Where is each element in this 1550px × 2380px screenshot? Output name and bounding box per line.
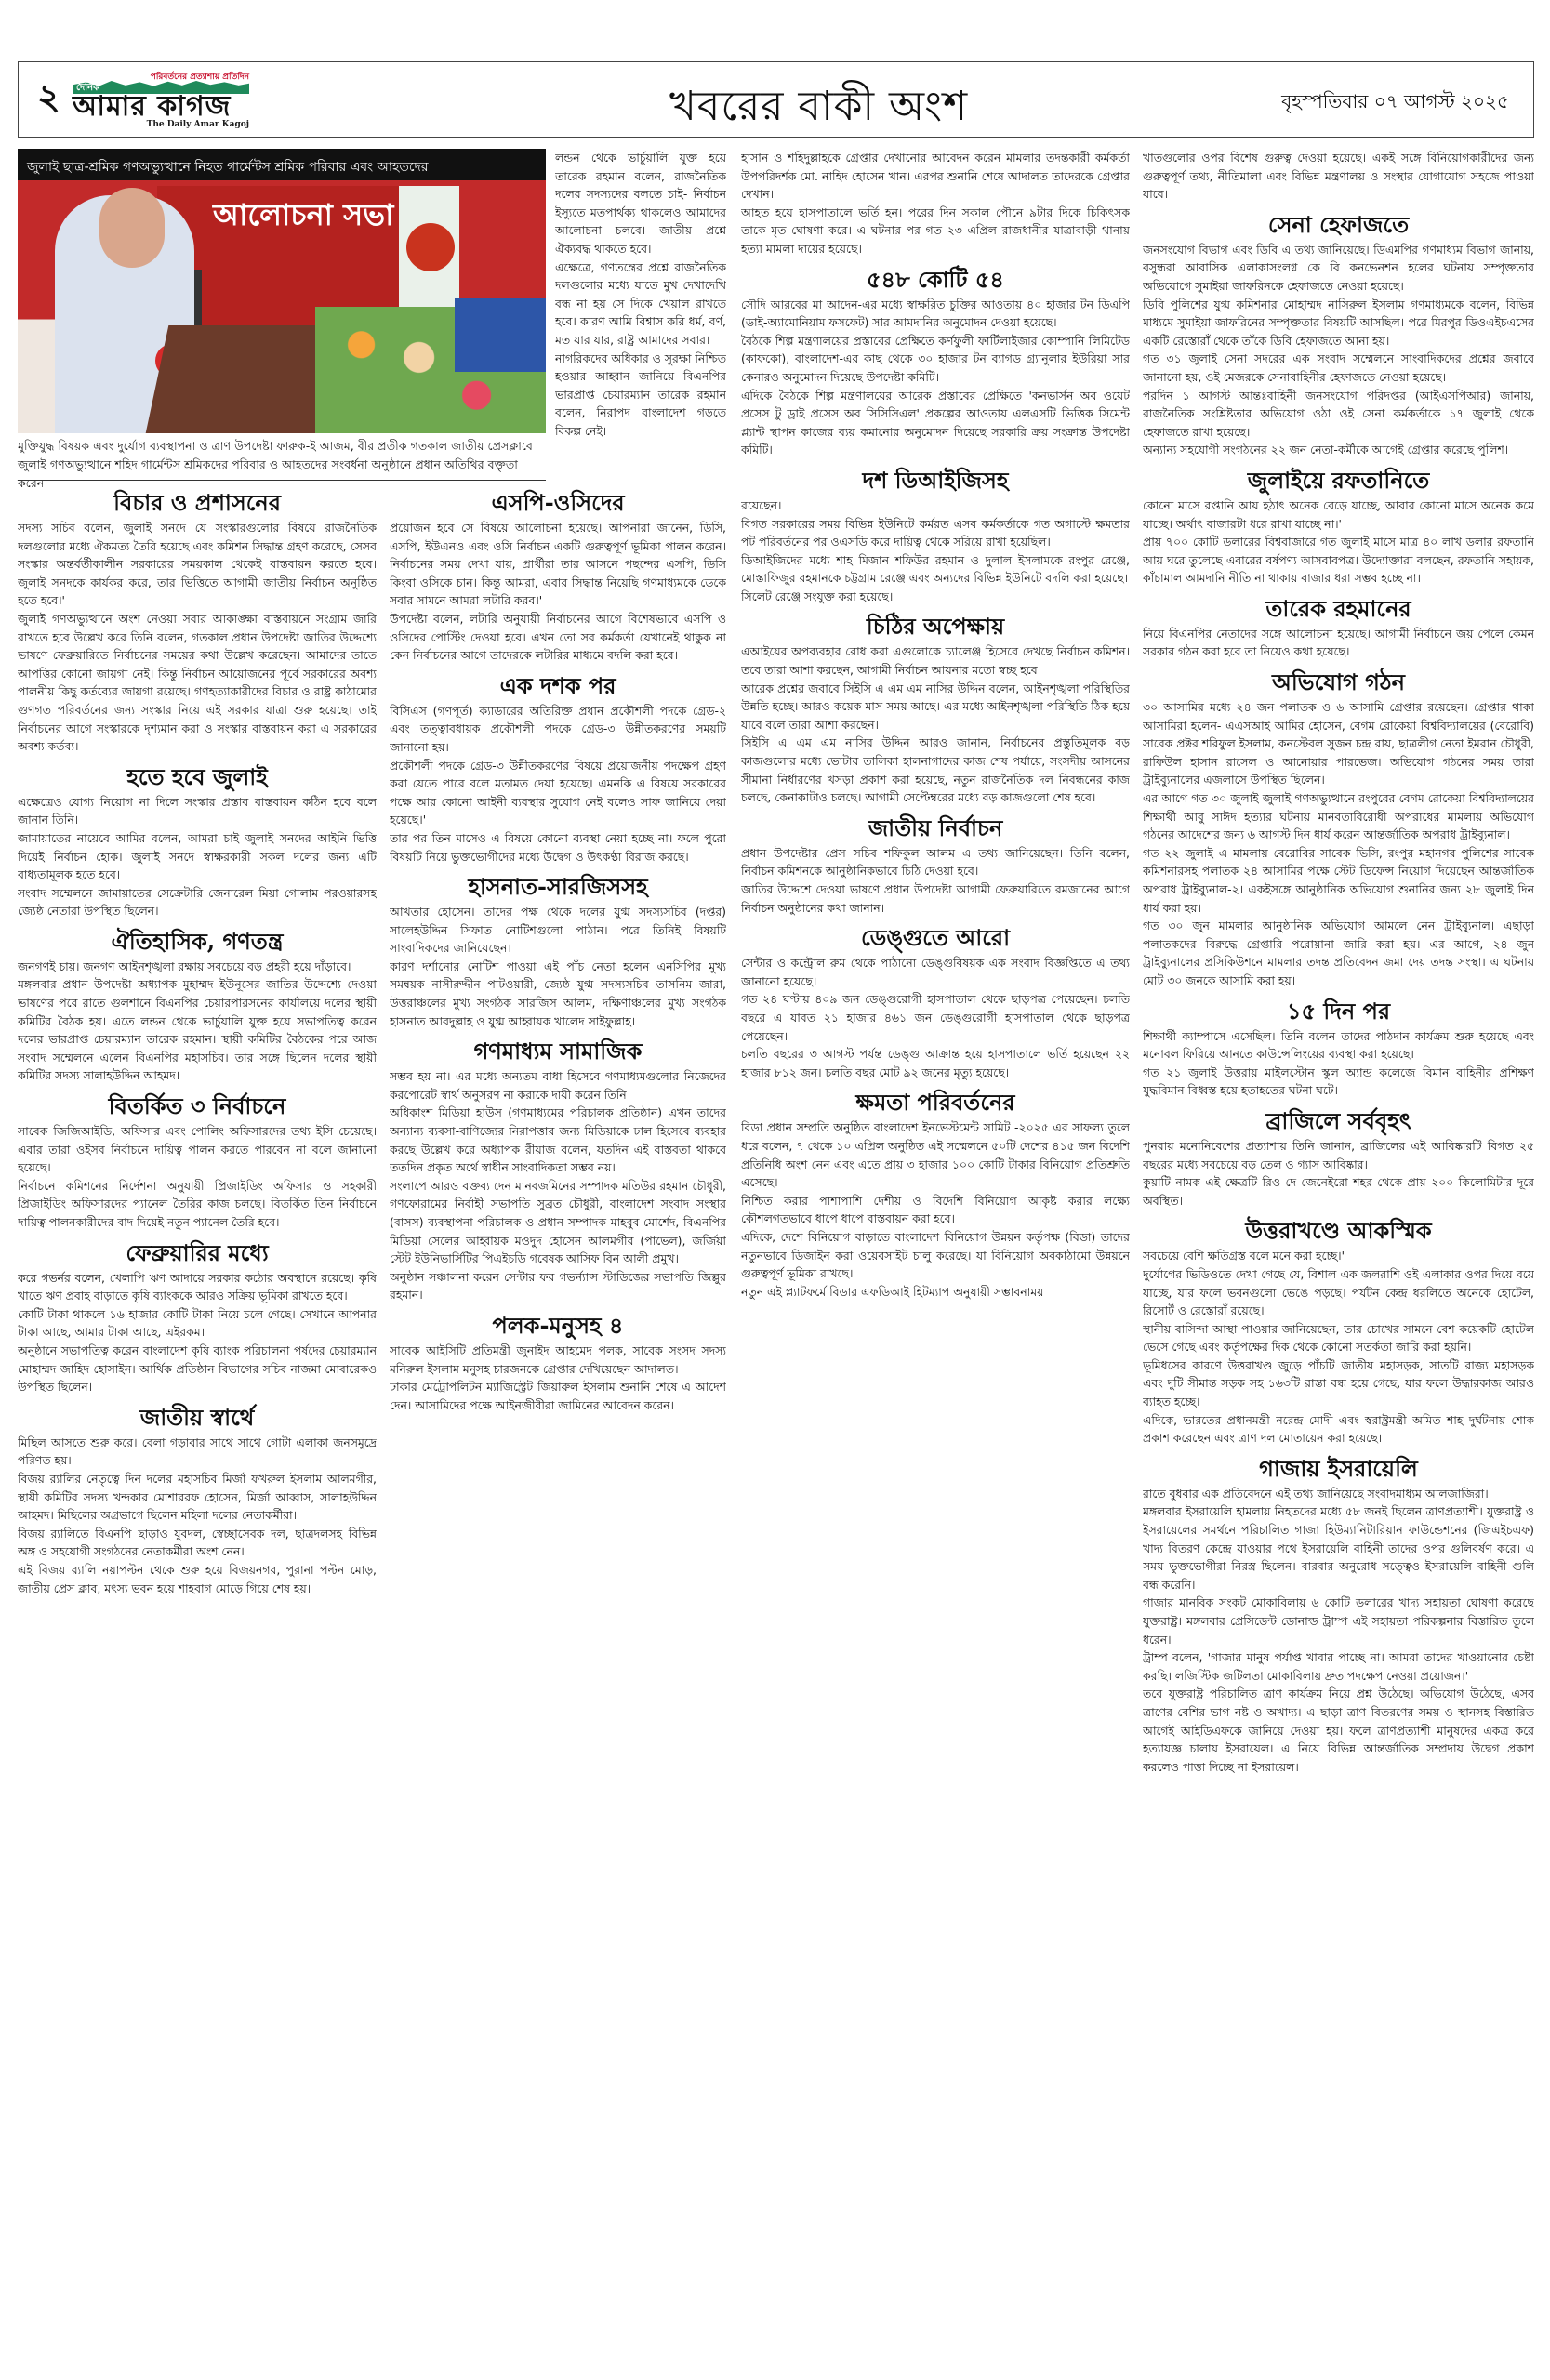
paragraph: সৌদি আরবের মা আদেন-এর মধ্যে স্বাক্ষরিত চ…	[741, 296, 1130, 332]
story-headline[interactable]: অভিযোগ গঠন	[1143, 667, 1534, 698]
story-headline[interactable]: তারেক রহমানের	[1143, 593, 1534, 625]
paragraph: গত ২১ জুলাই উত্তরায় মাইলস্টোন স্কুল অ্য…	[1143, 1064, 1534, 1100]
story-548-crore: ৫৪৮ কোটি ৫৪ সৌদি আরবের মা আদেন-এর মধ্যে …	[741, 264, 1130, 459]
paragraph: কারণ দর্শানোর নোটিশ পাওয়া এই পাঁচ নেতা …	[390, 958, 726, 1030]
story-headline[interactable]: ডেঙ্গুতে আরো	[741, 922, 1130, 954]
paragraph: জাতির উদ্দেশে দেওয়া ভাষণে প্রধান উপদেষ্…	[741, 880, 1130, 917]
section-title: খবরের বাকী অংশ	[669, 75, 968, 143]
paragraph: সংলাপে আরও বক্তব্য দেন মানবজমিনের সম্পাদ…	[390, 1177, 726, 1268]
story-army-custody: সেনা হেফাজতে জনসংযোগ বিভাগ এবং ডিবি এ তথ…	[1143, 209, 1534, 459]
paragraph: পুনরায় মনোনিবেশের প্রত্যাশায় তিনি জানা…	[1143, 1137, 1534, 1173]
paragraph: কোটি টাকা থাকলে ১৬ হাজার কোটি টাকা নিয়ে…	[18, 1305, 377, 1342]
paragraph: সদস্য সচিব বলেন, জুলাই সনদে যে সংস্কারগু…	[18, 519, 377, 610]
paragraph: প্রয়োজন হবে সে বিষয়ে আলোচনা হয়েছে। আপ…	[390, 519, 726, 610]
paragraph: অনুষ্ঠানে সভাপতিত্ব করেন বাংলাদেশ কৃষি ব…	[18, 1342, 377, 1396]
paragraph: বিজয় র‌্যালিতে বিএনপি ছাড়াও যুবদল, স্ব…	[18, 1525, 377, 1561]
story-july: হতে হবে জুলাই এক্ষেত্রেও যোগ্য নিয়োগ না…	[18, 761, 377, 920]
paragraph: এই বিজয় র‌্যালি নয়াপল্টন থেকে শুরু হয়…	[18, 1561, 377, 1597]
paragraph: হাসান ও শহিদুল্লাহকে গ্রেপ্তার দেখানোর আ…	[741, 149, 1130, 204]
paragraph: সেন্টার ও কন্ট্রোল রুম থেকে পাঠানো ডেঙ্গ…	[741, 954, 1130, 990]
story-headline[interactable]: জাতীয় নির্বাচন	[741, 813, 1130, 844]
story-headline[interactable]: হতে হবে জুলাই	[18, 761, 377, 793]
paragraph: গত ২২ জুলাই এ মামলায় বেরোবির সাবেক ভিসি…	[1143, 844, 1534, 917]
paragraph: জামায়াতের নায়েবে আমির বলেন, আমরা চাই জ…	[18, 829, 377, 884]
story-decade: এক দশক পর বিসিএস (গণপূর্ত) ক্যাডারের অতি…	[390, 670, 726, 866]
newspaper-logo: পরিবর্তনের প্রত্যাশায় প্রতিদিন দৈনিক আম…	[73, 70, 249, 129]
paragraph: জনসংযোগ বিভাগ এবং ডিবি এ তথ্য জানিয়েছে।…	[1143, 241, 1534, 296]
paragraph: মিছিল আসতে শুরু করে। বেলা গড়াবার সাথে স…	[18, 1434, 377, 1470]
column-1: বিচার ও প্রশাসনের সদস্য সচিব বলেন, জুলাই…	[18, 485, 377, 2354]
story-headline[interactable]: ১৫ দিন পর	[1143, 996, 1534, 1027]
paragraph: প্রায় ৭০০ কোটি ডলারের বিশ্ববাজারে গত জু…	[1143, 533, 1534, 588]
story-headline[interactable]: সেনা হেফাজতে	[1143, 209, 1534, 241]
paragraph: গত ৩১ জুলাই সেনা সদরের এক সংবাদ সম্মেলনে…	[1143, 350, 1534, 386]
story-headline[interactable]: এক দশক পর	[390, 670, 726, 702]
story-national-election: জাতীয় নির্বাচন প্রধান উপদেষ্টার প্রেস স…	[741, 813, 1130, 917]
paragraph: নির্বাচনে কমিশনের নির্দেশনা অনুযায়ী প্র…	[18, 1177, 377, 1232]
paragraph: বিডা প্রধান সম্প্রতি অনুষ্ঠিত বাংলাদেশ ই…	[741, 1118, 1130, 1191]
paragraph: সাবেক আইসিটি প্রতিমন্ত্রী জুনাইদ আহমেদ প…	[390, 1342, 726, 1378]
photo-banner: জুলাই ছাত্র-শ্রমিক গণঅভ্যুত্থানে নিহত গা…	[18, 149, 546, 180]
story-headline[interactable]: ঐতিহাসিক, গণতন্ত্র	[18, 926, 377, 958]
story-headline[interactable]: ব্রাজিলে সর্ববৃহৎ	[1143, 1105, 1534, 1137]
paragraph: সিইসি এ এম এম নাসির উদ্দিন আরও জানান, নি…	[741, 734, 1130, 806]
paragraph: করে গভর্নর বলেন, খেলাপি ঋণ আদায়ে সরকার …	[18, 1269, 377, 1305]
paragraph: উপদেষ্টা বলেন, লটারি অনুযায়ী নির্বাচনের…	[390, 610, 726, 665]
story-ten-dig: দশ ডিআইজিসহ রয়েছেন। বিগত সরকারের সময় ব…	[741, 465, 1130, 606]
paragraph: তবে যুক্তরাষ্ট্র পরিচালিত ত্রাণ কার্যক্র…	[1143, 1685, 1534, 1776]
paragraph: অধিকাংশ মিডিয়া হাউস (গণমাধ্যমের পরিচালক…	[390, 1104, 726, 1176]
paragraph: বৈঠকে শিল্প মন্ত্রণালয়ের প্রস্তাবের প্র…	[741, 332, 1130, 387]
story-media-social: গণমাধ্যম সামাজিক সম্ভব হয় না। এর মধ্যে …	[390, 1036, 726, 1304]
story-bichar: বিচার ও প্রশাসনের সদস্য সচিব বলেন, জুলাই…	[18, 487, 377, 756]
photo-caption: মুক্তিযুদ্ধ বিষয়ক এবং দুর্যোগ ব্যবস্থাপ…	[18, 437, 546, 493]
paragraph: এদিকে, ভারতের প্রধানমন্ত্রী নরেন্দ্র মোদ…	[1143, 1411, 1534, 1448]
story-headline[interactable]: ৫৪৮ কোটি ৫৪	[741, 264, 1130, 296]
paragraph: এর আগে গত ৩০ জুলাই জুলাই গণঅভ্যুত্থানে র…	[1143, 789, 1534, 844]
paragraph: দুর্যোগের ভিডিওতে দেখা গেছে যে, বিশাল এক…	[1143, 1265, 1534, 1320]
paragraph: ট্রাম্প বলেন, 'গাজার মানুষ পর্যাপ্ত খাবা…	[1143, 1648, 1534, 1685]
story-headline[interactable]: ফেব্রুয়ারির মধ্যে	[18, 1237, 377, 1269]
paragraph: আহত হয়ে হাসপাতালে ভর্তি হন। পরের দিন সক…	[741, 204, 1130, 258]
paragraph: অনুষ্ঠান সঞ্চালনা করেন সেন্টার ফর গভর্ন্…	[390, 1268, 726, 1304]
paragraph: প্রকৌশলী পদকে গ্রেড-৩ উন্নীতকরণের বিষয়ে…	[390, 757, 726, 829]
paragraph: এদিকে, দেশে বিনিয়োগ বাড়াতে বাংলাদেশ বি…	[741, 1228, 1130, 1283]
story-headline[interactable]: পলক-মনুসহ ৪	[390, 1310, 726, 1342]
paragraph: গত ৩০ জুন মামলার আনুষ্ঠানিক অভিযোগ আমলে …	[1143, 917, 1534, 989]
paragraph: রাতে বুধবার এক প্রতিবেদনে এই তথ্য জানিয়…	[1143, 1485, 1534, 1503]
paragraph: এক্ষেত্রেও যোগ্য নিয়োগ না দিলে সংস্কার …	[18, 793, 377, 829]
paragraph: ডিবি পুলিশের যুগ্ম কমিশনার মোহাম্মদ নাসি…	[1143, 296, 1534, 350]
story-uttarakhand: উত্তরাখণ্ডে আকস্মিক সবচেয়ে বেশি ক্ষতিগ্…	[1143, 1215, 1534, 1448]
paragraph: ঢাকার মেট্রোপলিটন ম্যাজিস্ট্রেট জিয়ারুল…	[390, 1378, 726, 1414]
paragraph: নিশ্চিত করার পাশাপাশি দেশীয় ও বিদেশি বি…	[741, 1192, 1130, 1228]
paragraph: ৩০ আসামির মধ্যে ২৪ জন পলাতক ও ৬ আসামি গ্…	[1143, 698, 1534, 789]
paragraph: রয়েছেন।	[741, 496, 1130, 515]
story-february: ফেব্রুয়ারির মধ্যে করে গভর্নর বলেন, খেলা…	[18, 1237, 377, 1396]
story-continued-top: খাতগুলোর ওপর বিশেষ গুরুত্ব দেওয়া হয়েছে…	[1143, 149, 1534, 204]
paragraph: ডিআইজিদের মধ্যে শাহ মিজান শফিউর রহমান ও …	[741, 551, 1130, 588]
paragraph: জনগণই চায়। জনগণ আইনশৃঙ্খলা রক্ষায় সবচে…	[18, 958, 377, 976]
paragraph: খাতগুলোর ওপর বিশেষ গুরুত্ব দেওয়া হয়েছে…	[1143, 149, 1534, 204]
paragraph: এক্ষেত্রে, গণতন্ত্রের প্রশ্নে রাজনৈতিক দ…	[555, 258, 726, 350]
story-dengue: ডেঙ্গুতে আরো সেন্টার ও কন্ট্রোল রুম থেকে…	[741, 922, 1130, 1081]
column-beside-photo: লন্ডন থেকে ভার্চুয়ালি যুক্ত হয়ে তারেক …	[555, 149, 726, 441]
story-tarique-rahman: তারেক রহমানের নিয়ে বিএনপির নেতাদের সঙ্গ…	[1143, 593, 1534, 661]
paragraph: ভূমিধসের কারণে উত্তরাখণ্ড জুড়ে পাঁচটি জ…	[1143, 1356, 1534, 1411]
paragraph: আরেক প্রশ্নের জবাবে সিইসি এ এম এম নাসির …	[741, 680, 1130, 734]
paragraph: জুলাই গণঅভ্যুত্থানে অংশ নেওয়া সবার আকাঙ…	[18, 610, 377, 756]
paragraph: শিক্ষার্থী ক্যাম্পাসে এসেছিল। তিনি বলেন …	[1143, 1027, 1534, 1064]
story-controversial-elections: বিতর্কিত ৩ নির্বাচনে সাবেক জিজিআইডি, অফি…	[18, 1091, 377, 1232]
paragraph: গাজার মানবিক সংকট মোকাবিলায় ৬ কোটি ডলার…	[1143, 1593, 1534, 1648]
logo-name: আমার কাগজ	[73, 92, 232, 122]
logo-tagline: পরিবর্তনের প্রত্যাশায় প্রতিদিন	[151, 70, 249, 84]
paragraph: কুয়াটি নামক এই ক্ষেত্রটি রিও দে জেনেইরো…	[1143, 1173, 1534, 1210]
paragraph: সংবাদ সম্মেলনে জামায়াতের সেক্রেটারি জেন…	[18, 884, 377, 920]
paragraph: নাগরিকদের অধিকার ও সুরক্ষা নিশ্চিত হওয়া…	[555, 350, 726, 441]
paragraph: আখতার হোসেন। তাদের পক্ষ থেকে দলের যুগ্ম …	[390, 903, 726, 958]
story-national-interest: জাতীয় স্বার্থে মিছিল আসতে শুরু করে। বেল…	[18, 1402, 377, 1597]
paragraph: গত ২৪ ঘণ্টায় ৪০৯ জন ডেঙ্গুরোগী হাসপাতাল…	[741, 990, 1130, 1045]
photo-guests	[455, 297, 546, 372]
paragraph: বিগত সরকারের সময় বিভিন্ন ইউনিটে কর্মরত …	[741, 515, 1130, 551]
photo-board-title: আলোচনা সভা	[213, 192, 393, 242]
story-brazil: ব্রাজিলে সর্ববৃহৎ পুনরায় মনোনিবেশের প্র…	[1143, 1105, 1534, 1210]
paragraph: সিলেট রেঞ্জে সংযুক্ত করা হয়েছে।	[741, 588, 1130, 606]
story-headline[interactable]: বিতর্কিত ৩ নির্বাচনে	[18, 1091, 377, 1122]
logo-english: The Daily Amar Kagoj	[147, 120, 249, 129]
column-3: হাসান ও শহিদুল্লাহকে গ্রেপ্তার দেখানোর আ…	[741, 149, 1130, 2361]
column-2: এসপি-ওসিদের প্রয়োজন হবে সে বিষয়ে আলোচন…	[390, 485, 726, 2354]
masthead: ২ পরিবর্তনের প্রত্যাশায় প্রতিদিন দৈনিক …	[18, 61, 1534, 138]
story-headline[interactable]: দশ ডিআইজিসহ	[741, 465, 1130, 496]
photo-emblem-icon	[406, 223, 455, 271]
paragraph: প্রধান উপদেষ্টার প্রেস সচিব শফিকুল আলম এ…	[741, 844, 1130, 880]
paragraph: মঙ্গলবার ইসরায়েলি হামলায় নিহতদের মধ্যে…	[1143, 1502, 1534, 1593]
paragraph: চলতি বছরের ৩ আগস্ট পর্যন্ত ডেঙ্গু আক্রান…	[741, 1045, 1130, 1081]
story-power-change: ক্ষমতা পরিবর্তনের বিডা প্রধান সম্প্রতি অ…	[741, 1087, 1130, 1301]
story-headline[interactable]: এসপি-ওসিদের	[390, 487, 726, 519]
story-gaza: গাজায় ইসরায়েলি রাতে বুধবার এক প্রতিবেদ…	[1143, 1453, 1534, 1777]
story-headline[interactable]: গাজায় ইসরায়েলি	[1143, 1453, 1534, 1485]
paragraph: সাবেক জিজিআইডি, অফিসার এবং পোলিং অফিসারদ…	[18, 1122, 377, 1177]
paragraph: লন্ডন থেকে ভার্চুয়ালি যুক্ত হয়ে তারেক …	[555, 149, 726, 258]
paragraph: এদিকে বৈঠকে শিল্প মন্ত্রণালয়ের আরেক প্র…	[741, 387, 1130, 459]
column-4: খাতগুলোর ওপর বিশেষ গুরুত্ব দেওয়া হয়েছে…	[1143, 149, 1534, 2361]
paragraph: পরদিন ১ আগস্ট আন্তঃবাহিনী জনসংযোগ পরিদপ্…	[1143, 387, 1534, 442]
columns: আলোচনা সভা জুলাই ছাত্র-শ্রমিক গণঅভ্যুত্থ…	[18, 149, 1534, 2361]
issue-date: বৃহস্পতিবার ০৭ আগস্ট ২০২৫	[1281, 88, 1509, 119]
newspaper-page: ২ পরিবর্তনের প্রত্যাশায় প্রতিদিন দৈনিক …	[18, 61, 1534, 2367]
story-headline[interactable]: জাতীয় স্বার্থে	[18, 1402, 377, 1434]
story-charges-framed: অভিযোগ গঠন ৩০ আসামির মধ্যে ২৪ জন পলাতক ও…	[1143, 667, 1534, 990]
story-headline[interactable]: গণমাধ্যম সামাজিক	[390, 1036, 726, 1067]
story-sp-oc: এসপি-ওসিদের প্রয়োজন হবে সে বিষয়ে আলোচন…	[390, 487, 726, 665]
paragraph: নতুন এই প্ল্যাটফর্মে বিডার এফডিআই হিটম্য…	[741, 1283, 1130, 1302]
story-july-exports: জুলাইয়ে রফতানিতে কোনো মাসে রপ্তানি আয় …	[1143, 465, 1534, 588]
story-historic: ঐতিহাসিক, গণতন্ত্র জনগণই চায়। জনগণ আইনশ…	[18, 926, 377, 1085]
story-headline[interactable]: ক্ষমতা পরিবর্তনের	[741, 1087, 1130, 1118]
paragraph: মঙ্গলবার প্রধান উপদেষ্টা অধ্যাপক মুহাম্ম…	[18, 975, 377, 1085]
story-continued-top: হাসান ও শহিদুল্লাহকে গ্রেপ্তার দেখানোর আ…	[741, 149, 1130, 258]
story-headline[interactable]: হাসনাত-সারজিসসহ	[390, 871, 726, 903]
paragraph: অন্যান্য সহযোগী সংগঠনের ২২ জন নেতা-কর্মী…	[1143, 441, 1534, 459]
paragraph: সম্ভব হয় না। এর মধ্যে অন্যতম বাধা হিসেব…	[390, 1067, 726, 1104]
paragraph: সবচেয়ে বেশি ক্ষতিগ্রস্ত বলে মনে করা হচ্…	[1143, 1247, 1534, 1265]
story-awaiting-letter: চিঠির অপেক্ষায় এআইয়ের অপব্যবহার রোধ কর…	[741, 611, 1130, 806]
paragraph: এআইয়ের অপব্যবহার রোধ করা এগুলোকে চ্যালে…	[741, 642, 1130, 679]
story-15-days: ১৫ দিন পর শিক্ষার্থী ক্যাম্পাসে এসেছিল। …	[1143, 996, 1534, 1100]
story-headline[interactable]: বিচার ও প্রশাসনের	[18, 487, 377, 519]
paragraph: বিসিএস (গণপূর্ত) ক্যাডারের অতিরিক্ত প্রধ…	[390, 702, 726, 757]
paragraph: বিজয় র‌্যালির নেতৃত্বে দিন দলের মহাসচিব…	[18, 1470, 377, 1525]
lead-photo: আলোচনা সভা জুলাই ছাত্র-শ্রমিক গণঅভ্যুত্থ…	[18, 149, 546, 433]
paragraph: তার পর তিন মাসেও এ বিষয়ে কোনো ব্যবস্থা …	[390, 829, 726, 866]
page-number: ২	[37, 70, 69, 129]
paragraph: নিয়ে বিএনপির নেতাদের সঙ্গে আলোচনা হয়েছ…	[1143, 625, 1534, 661]
story-headline[interactable]: চিঠির অপেক্ষায়	[741, 611, 1130, 642]
story-headline[interactable]: জুলাইয়ে রফতানিতে	[1143, 465, 1534, 496]
story-headline[interactable]: উত্তরাখণ্ডে আকস্মিক	[1143, 1215, 1534, 1247]
story-palak-monu: পলক-মনুসহ ৪ সাবেক আইসিটি প্রতিমন্ত্রী জু…	[390, 1310, 726, 1414]
paragraph: স্থানীয় বাসিন্দা আস্থা পাওয়ার জানিয়েছ…	[1143, 1320, 1534, 1356]
paragraph: কোনো মাসে রপ্তানি আয় হঠাৎ অনেক বেড়ে যা…	[1143, 496, 1534, 533]
caption-divider	[18, 480, 546, 481]
story-hasnat-sarjis: হাসনাত-সারজিসসহ আখতার হোসেন। তাদের পক্ষ …	[390, 871, 726, 1030]
photo-speaker-head	[99, 188, 165, 268]
